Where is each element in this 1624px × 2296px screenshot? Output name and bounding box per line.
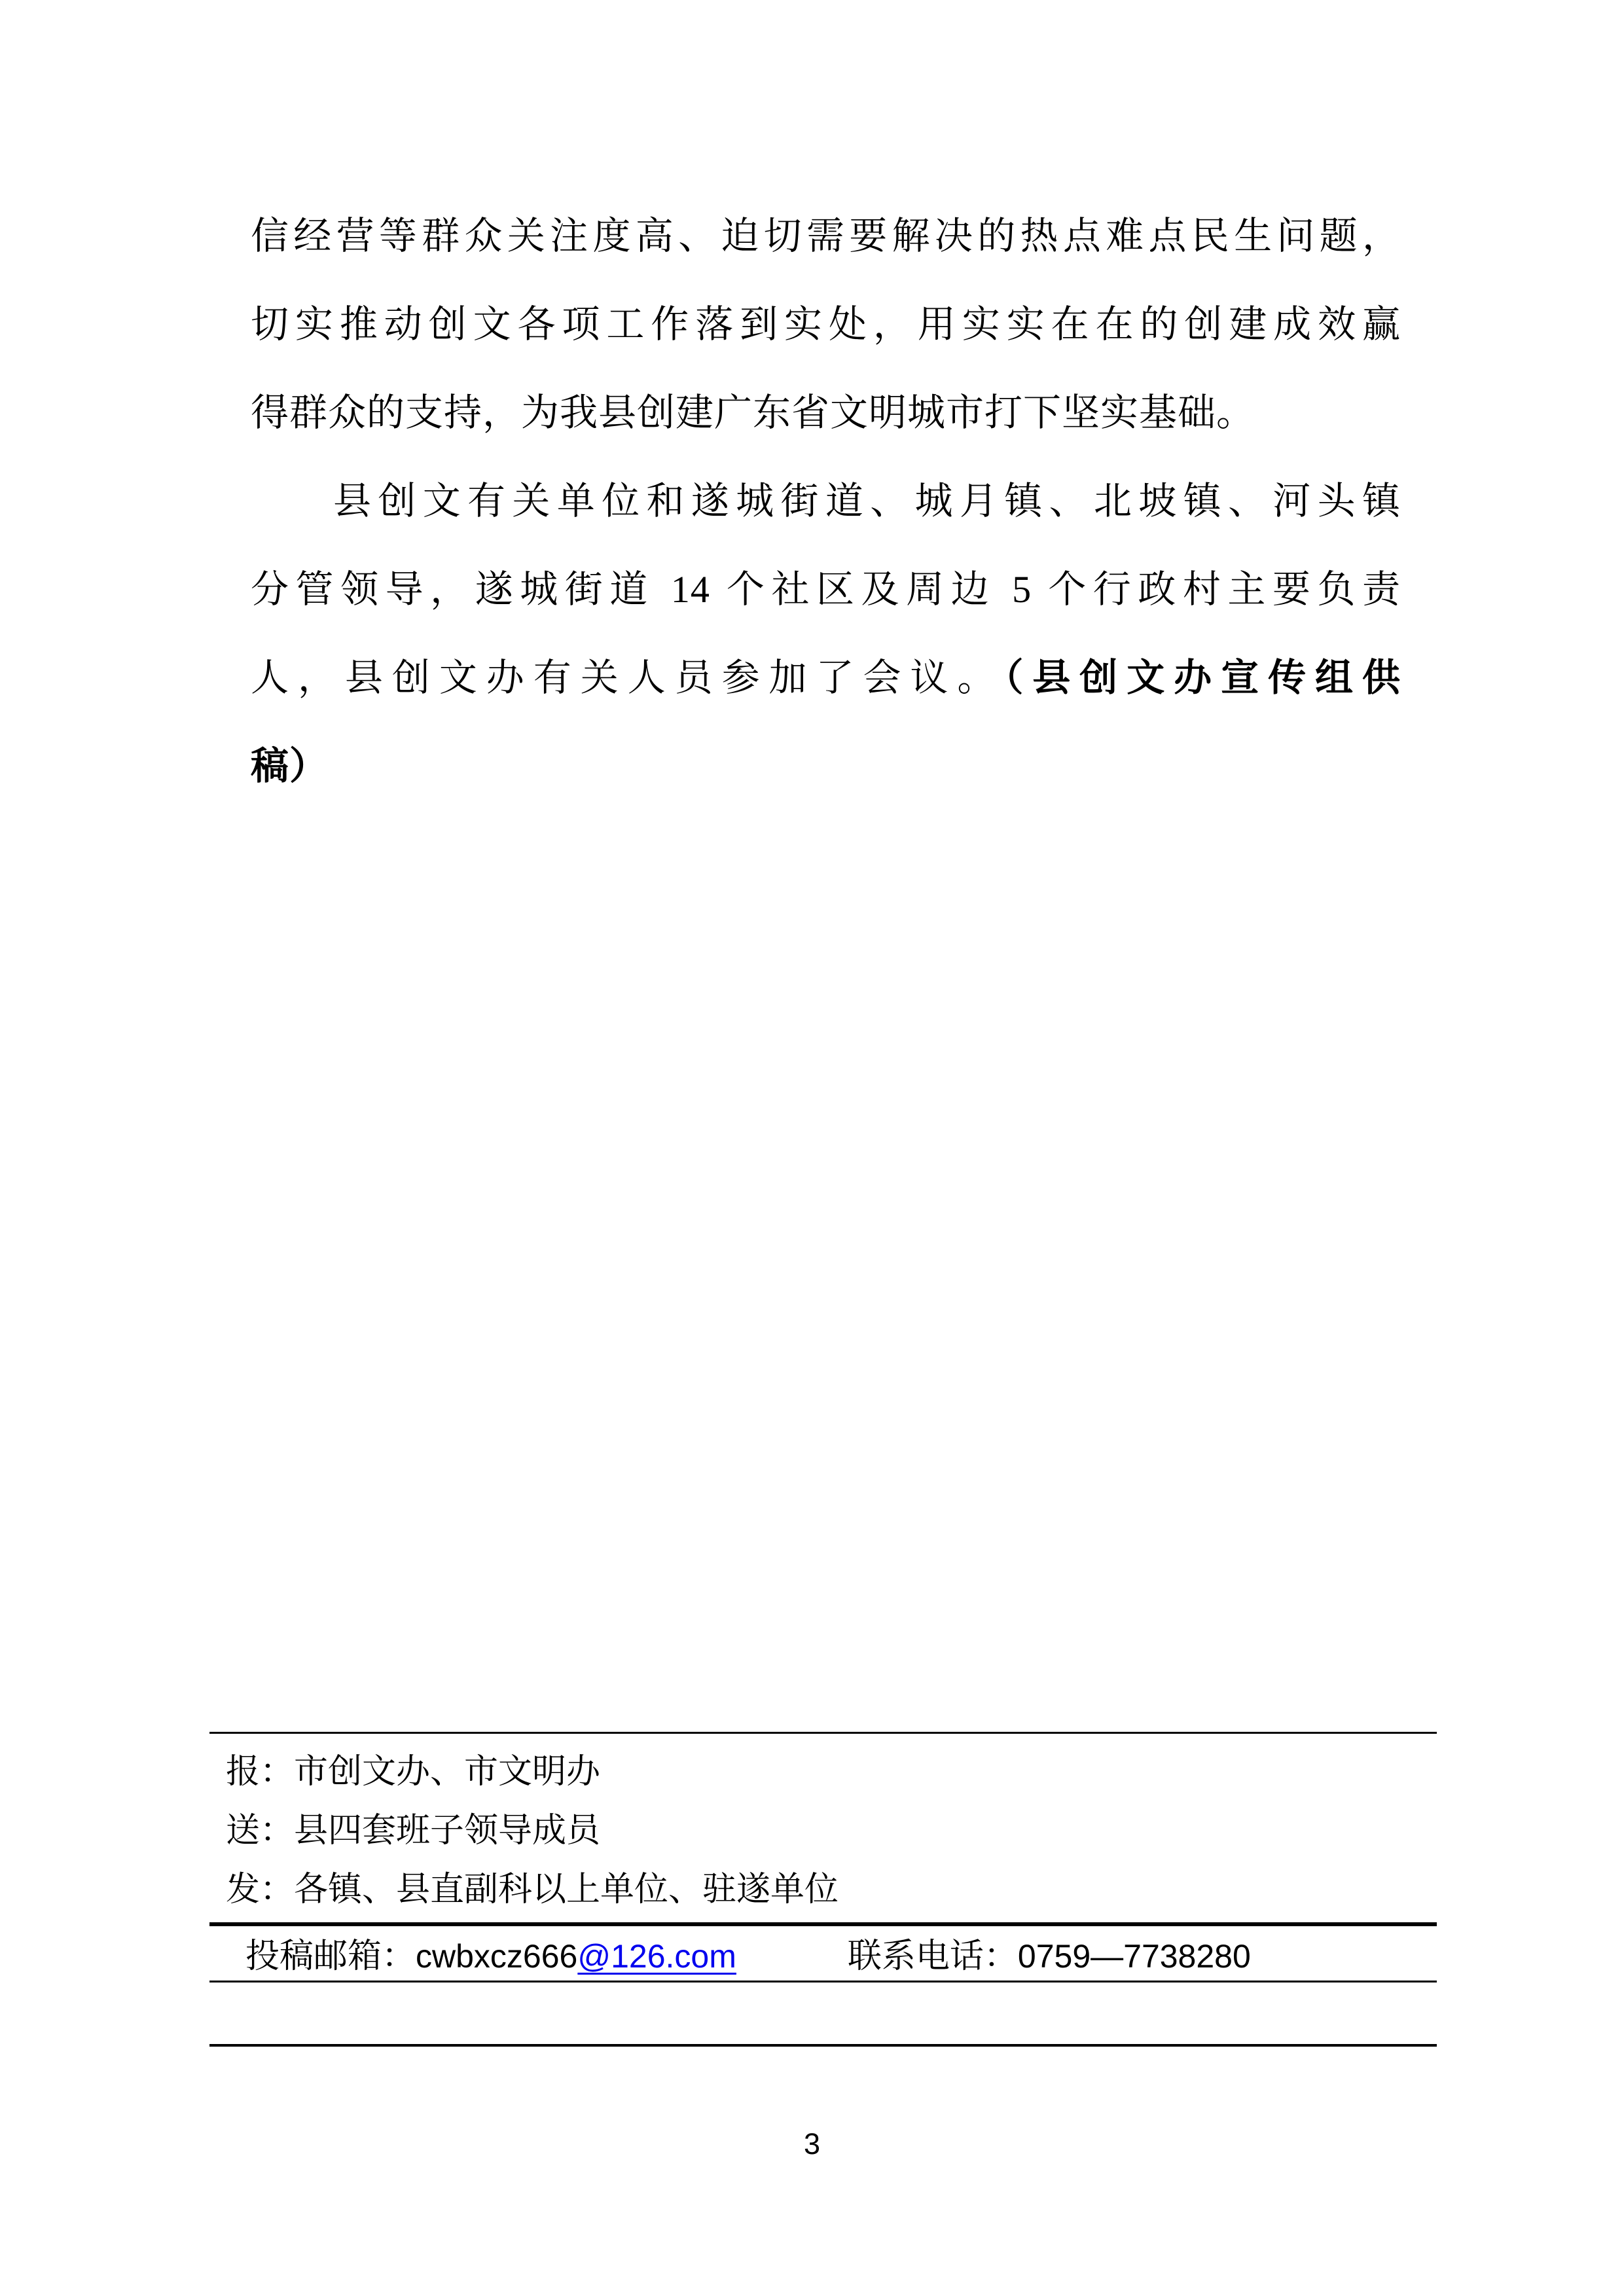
body-line: 人，县创文办有关人员参加了会议。（县创文办宣传组供 bbox=[251, 634, 1401, 722]
email-user: cwbxcz666 bbox=[416, 1938, 577, 1975]
body-line: 切实推动创文各项工作落到实处，用实实在在的创建成效赢 bbox=[251, 280, 1401, 368]
distribution-row: 报：市创文办、市文明办 bbox=[226, 1743, 1437, 1802]
page-number: 3 bbox=[0, 2127, 1624, 2161]
document-page: 信经营等群众关注度高、迫切需要解决的热点难点民生问题，切实推动创文各项工作落到实… bbox=[0, 0, 1624, 2296]
page-bottom-rule bbox=[209, 2044, 1437, 2047]
phone-number: 0759—7738280 bbox=[1018, 1938, 1251, 1975]
email-label: 投稿邮箱： bbox=[245, 1938, 416, 1975]
email-link[interactable]: @126.com bbox=[577, 1938, 736, 1975]
body-text-bold: （县创文办宣传组供 bbox=[1004, 656, 1401, 699]
body-text: 人，县创文办有关人员参加了会议。 bbox=[251, 656, 1004, 699]
distribution-list: 报：市创文办、市文明办送：县四套班子领导成员发：各镇、县直副科以上单位、驻遂单位 bbox=[226, 1743, 1437, 1920]
body-text: 分管领导，遂城街道 14 个社区及周边 5 个行政村主要负责 bbox=[251, 568, 1401, 611]
body-line: 分管领导，遂城街道 14 个社区及周边 5 个行政村主要负责 bbox=[251, 545, 1401, 634]
contact-rule-bottom bbox=[209, 1981, 1437, 1982]
body-line: 县创文有关单位和遂城街道、城月镇、北坡镇、河头镇 bbox=[251, 457, 1401, 545]
body-text: 信经营等群众关注度高、迫切需要解决的热点难点民生问题， bbox=[251, 215, 1401, 257]
body-line: 信经营等群众关注度高、迫切需要解决的热点难点民生问题， bbox=[251, 192, 1401, 280]
distribution-row: 送：县四套班子领导成员 bbox=[226, 1802, 1437, 1861]
body-line: 稿） bbox=[251, 722, 1401, 810]
document-body: 信经营等群众关注度高、迫切需要解决的热点难点民生问题，切实推动创文各项工作落到实… bbox=[251, 192, 1401, 810]
body-text-bold: 稿） bbox=[251, 745, 328, 787]
body-text: 县创文有关单位和遂城街道、城月镇、北坡镇、河头镇 bbox=[333, 480, 1401, 522]
body-text: 切实推动创文各项工作落到实处，用实实在在的创建成效赢 bbox=[251, 303, 1401, 346]
footer-rule-middle bbox=[209, 1922, 1437, 1926]
footer-rule-top bbox=[209, 1732, 1437, 1734]
contact-row: 投稿邮箱：cwbxcz666@126.com联系电话：0759—7738280 bbox=[245, 1932, 1437, 1981]
body-line: 得群众的支持，为我县创建广东省文明城市打下坚实基础。 bbox=[251, 368, 1401, 457]
body-text: 得群众的支持，为我县创建广东省文明城市打下坚实基础。 bbox=[251, 391, 1255, 434]
phone-label: 联系电话： bbox=[848, 1938, 1018, 1975]
distribution-row: 发：各镇、县直副科以上单位、驻遂单位 bbox=[226, 1861, 1437, 1920]
